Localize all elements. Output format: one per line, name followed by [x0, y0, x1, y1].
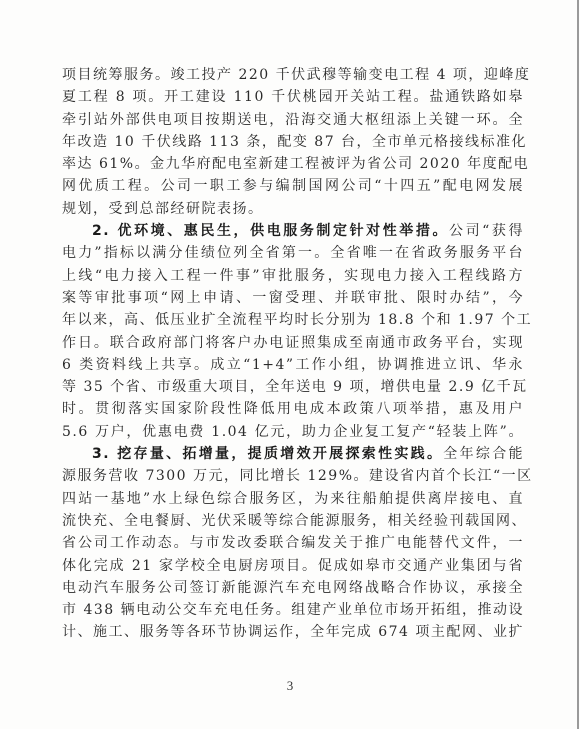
text-line: 四站一基地”水上绿色综合服务区，为来往船舶提供离岸接电、直 — [62, 488, 524, 510]
section-3-first-line-text: 全年综合能 — [443, 446, 524, 462]
text-line: 省公司工作动态。与市发改委联合编发关于推广电能替代文件，一 — [62, 532, 524, 554]
text-line: 计、施工、服务等各环节协调运作，全年完成 674 项主配网、业扩 — [62, 621, 524, 643]
text-line: 6 类资料线上共享。成立“1+4”工作小组，协调推进立讯、华永 — [62, 354, 524, 376]
text-line: 电动汽车服务公司签订新能源汽车充电网络战略合作协议，承接全 — [62, 577, 524, 599]
text-line: 网优质工程。公司一职工参与编制国网公司“十四五”配电网发展 — [62, 175, 524, 197]
page-number: 3 — [284, 678, 296, 694]
text-line: 等 35 个省、市级重大项目，全年送电 9 项，增供电量 2.9 亿千瓦 — [62, 376, 524, 398]
document-body: 项目统筹服务。竣工投产 220 千伏武穆等输变电工程 4 项，迎峰度 夏工程 8… — [62, 64, 524, 644]
section-2-heading: 2. 优环境、惠民生，供电服务制定针对性举措。 — [92, 223, 449, 239]
scan-edge-line — [577, 0, 579, 729]
text-line: 流快充、全电餐厨、光伏采暖等综合能源服务，相关经验刊载国网、 — [62, 510, 524, 532]
text-line: 作日。联合政府部门将客户办电证照集成至南通市政务平台，实现 — [62, 332, 524, 354]
text-line: 源服务营收 7300 万元，同比增长 129%。建设省内首个长江“一区 — [62, 465, 524, 487]
text-line: 电力”指标以满分佳绩位列全省第一。全省唯一在省政务服务平台 — [62, 242, 524, 264]
text-line: 市 438 辆电动公交车充电任务。组建产业单位市场开拓组，推动设 — [62, 599, 524, 621]
text-line: 夏工程 8 项。开工建设 110 千伏桃园开关站工程。盐通铁路如皋 — [62, 86, 524, 108]
section-2-first-line: 2. 优环境、惠民生，供电服务制定针对性举措。公司“获得 — [62, 220, 524, 242]
text-line: 项目统筹服务。竣工投产 220 千伏武穆等输变电工程 4 项，迎峰度 — [62, 64, 524, 86]
text-line: 案等审批事项“网上申请、一窗受理、并联审批、限时办结”，今 — [62, 287, 524, 309]
text-line: 5.6 万户，优惠电费 1.04 亿元，助力企业复工复产“轻装上阵”。 — [62, 421, 524, 443]
text-line: 牵引站外部供电项目按期送电，沿海交通大枢纽添上关键一环。全 — [62, 109, 524, 131]
text-line: 体化完成 21 家学校全电厨房项目。促成如皋市交通产业集团与省 — [62, 555, 524, 577]
text-line: 规划，受到总部经研院表扬。 — [62, 198, 524, 220]
text-line: 上线“电力接入工程一件事”审批服务，实现电力接入工程线路方 — [62, 265, 524, 287]
text-line: 年改造 10 千伏线路 113 条，配变 87 台，全市单元格接线标准化 — [62, 131, 524, 153]
section-2-first-line-text: 公司“获得 — [449, 223, 524, 239]
text-line: 率达 61%。金九华府配电室新建工程被评为省公司 2020 年度配电 — [62, 153, 524, 175]
text-line: 年以来，高、低压业扩全流程平均时长分别为 18.8 个和 1.97 个工 — [62, 309, 524, 331]
section-3-first-line: 3. 挖存量、拓增量，提质增效开展探索性实践。全年综合能 — [62, 443, 524, 465]
text-line: 时。贯彻落实国家阶段性降低用电成本政策八项举措，惠及用户 — [62, 398, 524, 420]
section-3-heading: 3. 挖存量、拓增量，提质增效开展探索性实践。 — [92, 446, 443, 462]
